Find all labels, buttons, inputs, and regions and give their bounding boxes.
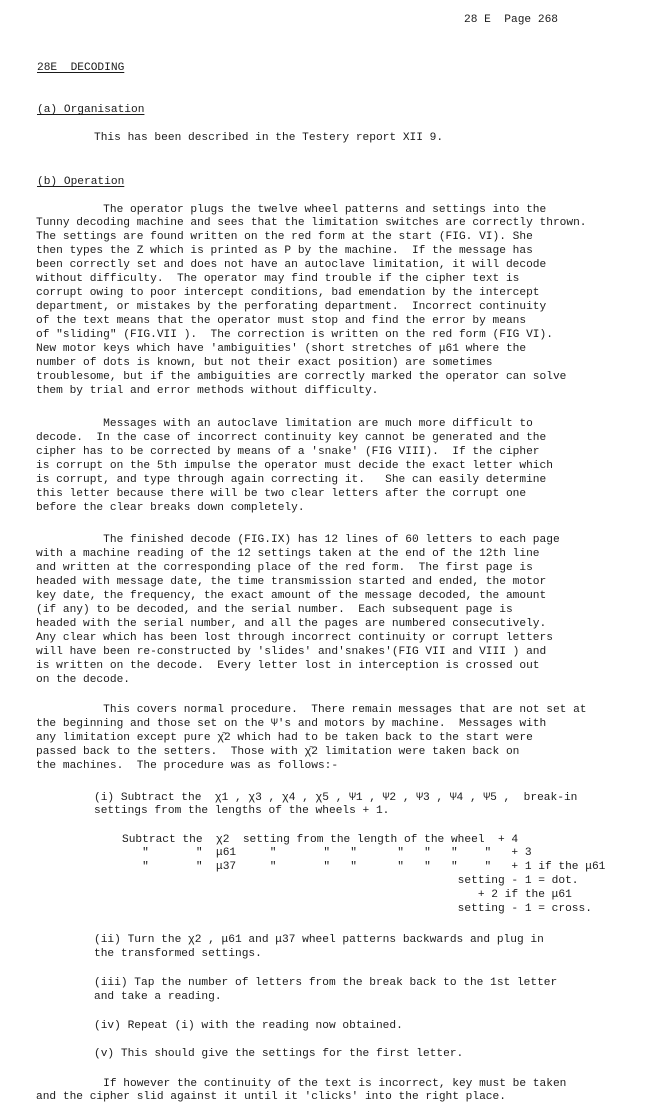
document-title: 28E DECODING <box>37 62 124 75</box>
text-line: is corrupt, and type through again corre… <box>36 474 546 487</box>
text-line: settings from the lengths of the wheels … <box>94 805 389 818</box>
table-row: " " μ61 " " " " " " " + 3 <box>122 847 532 860</box>
table-row: + 2 if the μ61 <box>122 889 572 902</box>
text-line: of the text means that the operator must… <box>36 315 526 328</box>
page-reference: 28 E Page 268 <box>464 14 558 27</box>
text-line: without difficulty. The operator may fin… <box>36 273 519 286</box>
text-line: cipher has to be corrected by means of a… <box>36 446 540 459</box>
table-row: setting - 1 = cross. <box>122 903 592 916</box>
text-line: any limitation except pure χ̄2 which had… <box>36 732 533 745</box>
text-line: New motor keys which have 'ambiguities' … <box>36 343 526 356</box>
text-line: been correctly set and does not have an … <box>36 259 546 272</box>
text-line: and take a reading. <box>94 991 222 1004</box>
text-line: decode. In the case of incorrect continu… <box>36 432 546 445</box>
text-line: the machines. The procedure was as follo… <box>36 760 338 773</box>
text-line: If however the continuity of the text is… <box>36 1078 566 1091</box>
document-page: 28 E Page 268 28E DECODING (a) Organisat… <box>0 0 650 1119</box>
text-line: then types the Z which is printed as P b… <box>36 245 533 258</box>
text-line: headed with message date, the time trans… <box>36 576 546 589</box>
text-line: them by trial and error methods without … <box>36 385 378 398</box>
step-v: (v) This should give the settings for th… <box>94 1048 463 1061</box>
heading-operation: (b) Operation <box>37 176 124 189</box>
text-line: and written at the corresponding place o… <box>36 562 533 575</box>
text-line: Messages with an autoclave limitation ar… <box>36 418 533 431</box>
text-line: is corrupt on the 5th impulse the operat… <box>36 460 553 473</box>
text-line: The finished decode (FIG.IX) has 12 line… <box>36 534 560 547</box>
text-line: key date, the frequency, the exact amoun… <box>36 590 546 603</box>
table-row: Subtract the χ2 setting from the length … <box>122 834 518 847</box>
text-line: (ii) Turn the χ2 , μ61 and μ37 wheel pat… <box>94 934 544 947</box>
text-line: troublesome, but if the ambiguities are … <box>36 371 566 384</box>
text-line: the transformed settings. <box>94 948 262 961</box>
text-line: with a machine reading of the 12 setting… <box>36 548 540 561</box>
text-line: this letter because there will be two cl… <box>36 488 526 501</box>
text-line: Any clear which has been lost through in… <box>36 632 553 645</box>
text-line: (i) Subtract the χ1 , χ3 , χ4 , χ5 , Ψ1 … <box>94 792 577 805</box>
text-line: is written on the decode. Every letter l… <box>36 660 540 673</box>
text-line: This covers normal procedure. There rema… <box>36 704 587 717</box>
heading-organisation: (a) Organisation <box>37 104 144 117</box>
text-line: Tunny decoding machine and sees that the… <box>36 217 587 230</box>
text-line: headed with the serial number, and all t… <box>36 618 546 631</box>
text-line: department, or mistakes by the perforati… <box>36 301 546 314</box>
text-line: The settings are found written on the re… <box>36 231 533 244</box>
text-line: will have been re-constructed by 'slides… <box>36 646 546 659</box>
organisation-text: This has been described in the Testery r… <box>94 132 443 145</box>
text-line: on the decode. <box>36 674 130 687</box>
text-line: passed back to the setters. Those with χ… <box>36 746 519 759</box>
text-line: (if any) to be decoded, and the serial n… <box>36 604 513 617</box>
text-line: The operator plugs the twelve wheel patt… <box>36 204 546 217</box>
text-line: (iii) Tap the number of letters from the… <box>94 977 557 990</box>
step-iv: (iv) Repeat (i) with the reading now obt… <box>94 1020 403 1033</box>
text-line: the beginning and those set on the Ψ's a… <box>36 718 546 731</box>
text-line: corrupt owing to poor intercept conditio… <box>36 287 540 300</box>
text-line: number of dots is known, but not their e… <box>36 357 493 370</box>
table-row: " " μ37 " " " " " " " + 1 if the μ61 <box>122 861 605 874</box>
text-line: before the clear breaks down completely. <box>36 502 305 515</box>
text-line: and the cipher slid against it until it … <box>36 1091 506 1104</box>
text-line: of "sliding" (FIG.VII ). The correction … <box>36 329 553 342</box>
table-row: setting - 1 = dot. <box>122 875 579 888</box>
